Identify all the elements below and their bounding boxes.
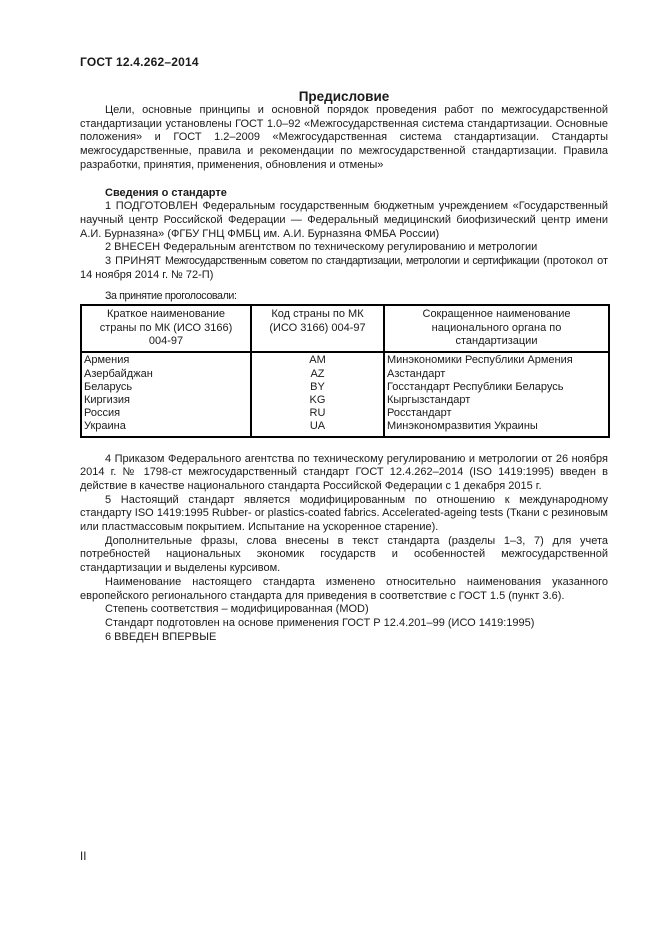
table-row: Россия RU Росстандарт (81, 407, 609, 420)
info-item-5-note-2: Наименование настоящего стандарта измене… (80, 576, 608, 603)
page-number: II (80, 851, 86, 864)
table-row: Украина UA Минэкономразвития Украины (81, 420, 609, 436)
table-row: Киргизия KG Кыргызстандарт (81, 394, 609, 407)
table-row: Армения AM Минэкономики Республики Армен… (81, 352, 609, 367)
info-item-2: 2 ВНЕСЕН Федеральным агентством по техни… (80, 241, 608, 255)
info-item-6: 6 ВВЕДЕН ВПЕРВЫЕ (80, 631, 608, 645)
table-row: Азербайджан AZ Азстандарт (81, 368, 609, 381)
info-item-4: 4 Приказом Федерального агентства по тех… (80, 453, 608, 494)
cell-country: Азербайджан (81, 368, 251, 381)
cell-org: Кыргызстандарт (384, 394, 609, 407)
cell-country: Киргизия (81, 394, 251, 407)
info-item-3-council: Межгосударственным советом по стандартиз… (165, 255, 539, 267)
info-item-5-note-3: Степень соответствия – модифицированная … (80, 603, 608, 617)
table-row: Беларусь BY Госстандарт Республики Белар… (81, 381, 609, 394)
info-item-3-prefix: 3 ПРИНЯТ (105, 255, 165, 267)
document-page: ГОСТ 12.4.262–2014 Предисловие Цели, осн… (0, 0, 661, 936)
section-heading-standard-info: Сведения о стандарте (80, 187, 608, 201)
cell-org: Минэкономразвития Украины (384, 420, 609, 436)
info-item-5-note-1: Дополнительные фразы, слова внесены в те… (80, 535, 608, 576)
info-item-1: 1 ПОДГОТОВЛЕН Федеральным государственны… (80, 200, 608, 241)
cell-code: KG (251, 394, 384, 407)
info-item-3: 3 ПРИНЯТ Межгосударственным советом по с… (80, 255, 608, 282)
cell-org: Росстандарт (384, 407, 609, 420)
cell-country: Россия (81, 407, 251, 420)
cell-code: BY (251, 381, 384, 394)
vote-table-caption: За принятие проголосовали: (80, 290, 608, 303)
cell-country: Украина (81, 420, 251, 436)
cell-country: Армения (81, 352, 251, 367)
cell-org: Азстандарт (384, 368, 609, 381)
vote-table: Краткое наименование страны по МК (ИСО 3… (80, 304, 610, 437)
preface-paragraph: Цели, основные принципы и основной поряд… (80, 104, 608, 173)
cell-org: Госстандарт Республики Беларусь (384, 381, 609, 394)
doc-number: ГОСТ 12.4.262–2014 (80, 56, 608, 69)
vote-table-header-org: Сокращенное наименование национального о… (384, 305, 609, 352)
cell-code: AM (251, 352, 384, 367)
info-item-5: 5 Настоящий стандарт является модифициро… (80, 494, 608, 535)
info-item-5-note-4: Стандарт подготовлен на основе применени… (80, 617, 608, 631)
vote-table-header-code: Код страны по МК (ИСО 3166) 004-97 (251, 305, 384, 352)
cell-code: RU (251, 407, 384, 420)
vote-table-header-country: Краткое наименование страны по МК (ИСО 3… (81, 305, 251, 352)
page-title: Предисловие (80, 89, 608, 104)
cell-code: UA (251, 420, 384, 436)
cell-country: Беларусь (81, 381, 251, 394)
cell-code: AZ (251, 368, 384, 381)
vote-table-header-row: Краткое наименование страны по МК (ИСО 3… (81, 305, 609, 352)
cell-org: Минэкономики Республики Армения (384, 352, 609, 367)
